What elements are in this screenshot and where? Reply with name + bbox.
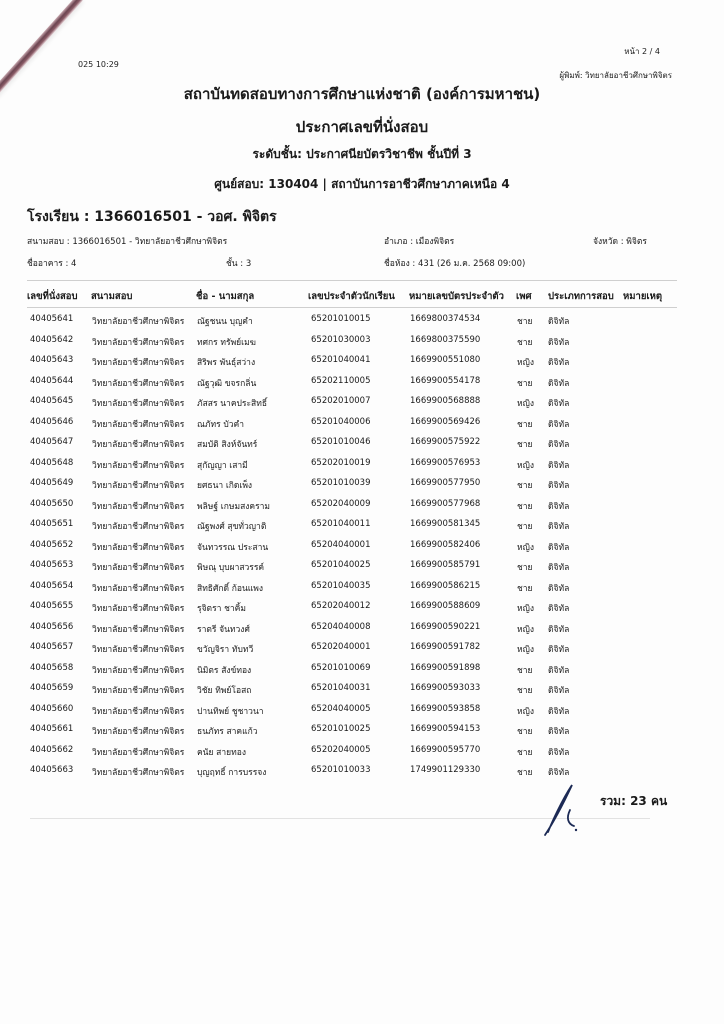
id-card-number: 1669900575922 (410, 437, 480, 447)
exam-type: ดิจิทัล (548, 437, 569, 451)
id-card-number: 1669900588609 (410, 601, 480, 611)
seat-number: 40405644 (30, 376, 73, 386)
table-row: 40405663วิทยาลัยอาชีวศึกษาพิจิตรบุญฤทธิ์… (0, 765, 724, 786)
floor: ชั้น : 3 (226, 256, 251, 270)
seat-number: 40405648 (30, 458, 73, 468)
id-card-number: 1669900585791 (410, 560, 480, 570)
student-name: วิชัย ทิพย์โอสถ (197, 683, 251, 697)
print-timestamp: 025 10:29 (78, 60, 119, 69)
table-row: 40405650วิทยาลัยอาชีวศึกษาพิจิตรพลิษฐ์ เ… (0, 499, 724, 520)
school-heading: โรงเรียน : 1366016501 - วอศ. พิจิตร (27, 206, 277, 228)
col-student-id: เลขประจำตัวนักเรียน (308, 289, 395, 304)
exam-type: ดิจิทัล (548, 335, 569, 349)
seat-number: 40405662 (30, 745, 73, 755)
exam-type: ดิจิทัล (548, 396, 569, 410)
id-card-number: 1669900576953 (410, 458, 480, 468)
printer-label: ผู้พิมพ์: วิทยาลัยอาชีวศึกษาพิจิตร (559, 69, 672, 82)
student-name: ณภัทร บัวคำ (197, 417, 244, 431)
student-id: 65201040025 (311, 560, 371, 570)
exam-type: ดิจิทัล (548, 458, 569, 472)
col-site: สนามสอบ (91, 289, 132, 304)
id-card-number: 1669900577968 (410, 499, 480, 509)
sex: หญิง (517, 396, 534, 410)
sex: หญิง (517, 704, 534, 718)
col-remark: หมายเหตุ (623, 289, 662, 304)
exam-site-cell: วิทยาลัยอาชีวศึกษาพิจิตร (92, 335, 184, 349)
table-row: 40405651วิทยาลัยอาชีวศึกษาพิจิตรณัฐพงศ์ … (0, 519, 724, 540)
student-name: ณัฐพงศ์ สุขทั่วญาติ (197, 519, 266, 533)
table-row: 40405649วิทยาลัยอาชีวศึกษาพิจิตรยศธนา เก… (0, 478, 724, 499)
exam-type: ดิจิทัล (548, 417, 569, 431)
col-sex: เพศ (516, 289, 532, 304)
sex: ชาย (517, 560, 533, 574)
sex: ชาย (517, 581, 533, 595)
student-name: นิมิตร สังข์ทอง (197, 663, 251, 677)
seat-number: 40405645 (30, 396, 73, 406)
sex: หญิง (517, 540, 534, 554)
student-name: บุญฤทธิ์ การบรรจง (197, 765, 266, 779)
seat-number: 40405663 (30, 765, 73, 775)
student-id: 65201030003 (311, 335, 371, 345)
sex: ชาย (517, 376, 533, 390)
student-name: ภัสสร นาคประสิทธิ์ (197, 396, 267, 410)
student-id: 65204040001 (311, 540, 371, 550)
exam-site-cell: วิทยาลัยอาชีวศึกษาพิจิตร (92, 642, 184, 656)
exam-site-cell: วิทยาลัยอาชีวศึกษาพิจิตร (92, 396, 184, 410)
student-name: จันทวรรณ ประสาน (197, 540, 268, 554)
student-name: ณัฐวุฒิ ขจรกลิ่น (197, 376, 256, 390)
total-count: รวม: 23 คน (600, 792, 667, 811)
sex: ชาย (517, 765, 533, 779)
level-title: ระดับชั้น: ประกาศนียบัตรวิชาชีพ ชั้นปีที… (0, 145, 724, 164)
exam-site-cell: วิทยาลัยอาชีวศึกษาพิจิตร (92, 355, 184, 369)
student-id: 65202010019 (311, 458, 371, 468)
table-row: 40405654วิทยาลัยอาชีวศึกษาพิจิตรสิทธิศัก… (0, 581, 724, 602)
table-row: 40405657วิทยาลัยอาชีวศึกษาพิจิตรขวัญจิรา… (0, 642, 724, 663)
student-id: 65201010015 (311, 314, 371, 324)
seat-number: 40405656 (30, 622, 73, 632)
sex: ชาย (517, 478, 533, 492)
exam-type: ดิจิทัล (548, 745, 569, 759)
seat-number: 40405642 (30, 335, 73, 345)
exam-type: ดิจิทัล (548, 478, 569, 492)
exam-site-cell: วิทยาลัยอาชีวศึกษาพิจิตร (92, 540, 184, 554)
header-divider-bottom (27, 307, 677, 308)
exam-site-cell: วิทยาลัยอาชีวศึกษาพิจิตร (92, 601, 184, 615)
seat-number: 40405655 (30, 601, 73, 611)
seat-number: 40405657 (30, 642, 73, 652)
table-row: 40405648วิทยาลัยอาชีวศึกษาพิจิตรสุกัญญา … (0, 458, 724, 479)
student-name: ขวัญจิรา ทับทวี (197, 642, 253, 656)
id-card-number: 1669900568888 (410, 396, 480, 406)
table-row: 40405646วิทยาลัยอาชีวศึกษาพิจิตรณภัทร บั… (0, 417, 724, 438)
exam-center-title: ศูนย์สอบ: 130404 | สถาบันการอาชีวศึกษาภา… (0, 175, 724, 194)
id-card-number: 1669900593033 (410, 683, 480, 693)
sex: หญิง (517, 601, 534, 615)
id-card-number: 1669900577950 (410, 478, 480, 488)
id-card-number: 1669900582406 (410, 540, 480, 550)
sex: หญิง (517, 458, 534, 472)
exam-type: ดิจิทัล (548, 499, 569, 513)
id-card-number: 1669900594153 (410, 724, 480, 734)
exam-type: ดิจิทัล (548, 642, 569, 656)
table-row: 40405642วิทยาลัยอาชีวศึกษาพิจิตรทศกร ทรั… (0, 335, 724, 356)
student-name: ทศกร ทรัพย์เมฆ (197, 335, 256, 349)
student-id: 65201010025 (311, 724, 371, 734)
student-id: 65201010069 (311, 663, 371, 673)
id-card-number: 1669800375590 (410, 335, 480, 345)
exam-type: ดิจิทัล (548, 560, 569, 574)
seat-number: 40405660 (30, 704, 73, 714)
exam-type: ดิจิทัล (548, 376, 569, 390)
seat-number: 40405650 (30, 499, 73, 509)
exam-type: ดิจิทัล (548, 519, 569, 533)
exam-site-cell: วิทยาลัยอาชีวศึกษาพิจิตร (92, 683, 184, 697)
student-id: 65202110005 (311, 376, 371, 386)
exam-type: ดิจิทัล (548, 683, 569, 697)
student-name: ณัฐชนน บุญคำ (197, 314, 253, 328)
exam-type: ดิจิทัล (548, 663, 569, 677)
table-row: 40405644วิทยาลัยอาชีวศึกษาพิจิตรณัฐวุฒิ … (0, 376, 724, 397)
student-name: สิริพร พันธุ์สว่าง (197, 355, 255, 369)
exam-site-cell: วิทยาลัยอาชีวศึกษาพิจิตร (92, 376, 184, 390)
student-id: 65202040001 (311, 642, 371, 652)
signature-icon (540, 780, 600, 840)
col-exam-type: ประเภทการสอบ (548, 289, 614, 304)
student-id: 65201040041 (311, 355, 371, 365)
student-name: ราตรี จันทวงศ์ (197, 622, 250, 636)
sex: ชาย (517, 724, 533, 738)
sex: ชาย (517, 683, 533, 697)
table-row: 40405656วิทยาลัยอาชีวศึกษาพิจิตรราตรี จั… (0, 622, 724, 643)
table-row: 40405661วิทยาลัยอาชีวศึกษาพิจิตรธนภัทร ส… (0, 724, 724, 745)
col-name: ชื่อ - นามสกุล (196, 289, 254, 304)
seat-number: 40405652 (30, 540, 73, 550)
student-name: พลิษฐ์ เกษมสงคราม (197, 499, 270, 513)
id-card-number: 1669900551080 (410, 355, 480, 365)
student-id: 65201040011 (311, 519, 371, 529)
student-name: ปานทิพย์ ชูชาวนา (197, 704, 264, 718)
exam-type: ดิจิทัล (548, 622, 569, 636)
id-card-number: 1669900590221 (410, 622, 480, 632)
id-card-number: 1669900591898 (410, 663, 480, 673)
building: ชื่ออาคาร : 4 (27, 256, 76, 270)
exam-type: ดิจิทัล (548, 704, 569, 718)
exam-type: ดิจิทัล (548, 581, 569, 595)
exam-type: ดิจิทัล (548, 601, 569, 615)
exam-site: สนามสอบ : 1366016501 - วิทยาลัยอาชีวศึกษ… (27, 234, 227, 248)
id-card-number: 1669800374534 (410, 314, 480, 324)
room: ชื่อห้อง : 431 (26 ม.ค. 2568 09:00) (384, 256, 525, 270)
student-id: 65202010007 (311, 396, 371, 406)
seat-number: 40405659 (30, 683, 73, 693)
seat-number: 40405661 (30, 724, 73, 734)
id-card-number: 1669900586215 (410, 581, 480, 591)
exam-site-cell: วิทยาลัยอาชีวศึกษาพิจิตร (92, 724, 184, 738)
table-row: 40405645วิทยาลัยอาชีวศึกษาพิจิตรภัสสร นา… (0, 396, 724, 417)
student-id: 65201010033 (311, 765, 371, 775)
exam-site-cell: วิทยาลัยอาชีวศึกษาพิจิตร (92, 499, 184, 513)
id-card-number: 1669900569426 (410, 417, 480, 427)
page-number: หน้า 2 / 4 (624, 45, 660, 58)
student-id: 65201040006 (311, 417, 371, 427)
seat-number: 40405651 (30, 519, 73, 529)
table-row: 40405643วิทยาลัยอาชีวศึกษาพิจิตรสิริพร พ… (0, 355, 724, 376)
sex: ชาย (517, 663, 533, 677)
sex: ชาย (517, 437, 533, 451)
table-row: 40405662วิทยาลัยอาชีวศึกษาพิจิตรคนัย สาย… (0, 745, 724, 766)
student-id: 65204040008 (311, 622, 371, 632)
exam-site-cell: วิทยาลัยอาชีวศึกษาพิจิตร (92, 704, 184, 718)
header-divider-top (27, 280, 677, 281)
student-id: 65201010046 (311, 437, 371, 447)
student-id: 65202040009 (311, 499, 371, 509)
student-name: สิทธิศักดิ์ ก้อนแพง (197, 581, 263, 595)
exam-site-cell: วิทยาลัยอาชีวศึกษาพิจิตร (92, 478, 184, 492)
exam-type: ดิจิทัล (548, 355, 569, 369)
exam-site-cell: วิทยาลัยอาชีวศึกษาพิจิตร (92, 437, 184, 451)
student-name: ธนภัทร สาคแก้ว (197, 724, 258, 738)
exam-site-cell: วิทยาลัยอาชีวศึกษาพิจิตร (92, 622, 184, 636)
id-card-number: 1669900593858 (410, 704, 480, 714)
seat-number: 40405646 (30, 417, 73, 427)
id-card-number: 1749901129330 (410, 765, 480, 775)
sex: หญิง (517, 642, 534, 656)
table-row: 40405647วิทยาลัยอาชีวศึกษาพิจิตรสมบัติ ส… (0, 437, 724, 458)
sex: ชาย (517, 335, 533, 349)
col-seat: เลขที่นั่งสอบ (27, 289, 78, 304)
exam-site-cell: วิทยาลัยอาชีวศึกษาพิจิตร (92, 458, 184, 472)
table-row: 40405659วิทยาลัยอาชีวศึกษาพิจิตรวิชัย ทิ… (0, 683, 724, 704)
exam-site-cell: วิทยาลัยอาชีวศึกษาพิจิตร (92, 745, 184, 759)
exam-type: ดิจิทัล (548, 724, 569, 738)
exam-site-cell: วิทยาลัยอาชีวศึกษาพิจิตร (92, 314, 184, 328)
seat-number: 40405647 (30, 437, 73, 447)
exam-site-cell: วิทยาลัยอาชีวศึกษาพิจิตร (92, 765, 184, 779)
student-id: 65202040012 (311, 601, 371, 611)
student-id: 65204040005 (311, 704, 371, 714)
seat-number: 40405658 (30, 663, 73, 673)
id-card-number: 1669900591782 (410, 642, 480, 652)
sex: ชาย (517, 417, 533, 431)
student-id: 65202040005 (311, 745, 371, 755)
student-id: 65201040031 (311, 683, 371, 693)
student-id: 65201040035 (311, 581, 371, 591)
exam-site-cell: วิทยาลัยอาชีวศึกษาพิจิตร (92, 417, 184, 431)
student-name: พิษณุ บุบผาสวรรค์ (197, 560, 264, 574)
table-row: 40405660วิทยาลัยอาชีวศึกษาพิจิตรปานทิพย์… (0, 704, 724, 725)
exam-site-cell: วิทยาลัยอาชีวศึกษาพิจิตร (92, 581, 184, 595)
student-name: สุกัญญา เสามี (197, 458, 248, 472)
sex: หญิง (517, 355, 534, 369)
student-name: สมบัติ สิงห์จันทร์ (197, 437, 257, 451)
id-card-number: 1669900581345 (410, 519, 480, 529)
announcement-title: ประกาศเลขที่นั่งสอบ (0, 115, 724, 139)
seat-number: 40405653 (30, 560, 73, 570)
exam-site-cell: วิทยาลัยอาชีวศึกษาพิจิตร (92, 560, 184, 574)
seat-number: 40405641 (30, 314, 73, 324)
district: อำเภอ : เมืองพิจิตร (384, 234, 454, 248)
table-row: 40405658วิทยาลัยอาชีวศึกษาพิจิตรนิมิตร ส… (0, 663, 724, 684)
student-name: ยศธนา เกิดเพ็ง (197, 478, 252, 492)
exam-type: ดิจิทัล (548, 314, 569, 328)
student-name: รุจิตรา ชาคิ้ม (197, 601, 246, 615)
seat-number: 40405649 (30, 478, 73, 488)
id-card-number: 1669900554178 (410, 376, 480, 386)
exam-site-cell: วิทยาลัยอาชีวศึกษาพิจิตร (92, 519, 184, 533)
exam-type: ดิจิทัล (548, 765, 569, 779)
seat-number: 40405654 (30, 581, 73, 591)
student-name: คนัย สายทอง (197, 745, 246, 759)
sex: ชาย (517, 314, 533, 328)
id-card-number: 1669900595770 (410, 745, 480, 755)
exam-type: ดิจิทัล (548, 540, 569, 554)
table-row: 40405653วิทยาลัยอาชีวศึกษาพิจิตรพิษณุ บุ… (0, 560, 724, 581)
sex: หญิง (517, 622, 534, 636)
org-title: สถาบันทดสอบทางการศึกษาแห่งชาติ (องค์การม… (0, 82, 724, 106)
sex: ชาย (517, 499, 533, 513)
province: จังหวัด : พิจิตร (593, 234, 647, 248)
seat-number: 40405643 (30, 355, 73, 365)
sex: ชาย (517, 745, 533, 759)
sex: ชาย (517, 519, 533, 533)
table-row: 40405652วิทยาลัยอาชีวศึกษาพิจิตรจันทวรรณ… (0, 540, 724, 561)
table-row: 40405655วิทยาลัยอาชีวศึกษาพิจิตรรุจิตรา … (0, 601, 724, 622)
exam-site-cell: วิทยาลัยอาชีวศึกษาพิจิตร (92, 663, 184, 677)
table-row: 40405641วิทยาลัยอาชีวศึกษาพิจิตรณัฐชนน บ… (0, 314, 724, 335)
student-id: 65201010039 (311, 478, 371, 488)
col-id-card: หมายเลขบัตรประจำตัว (409, 289, 504, 304)
